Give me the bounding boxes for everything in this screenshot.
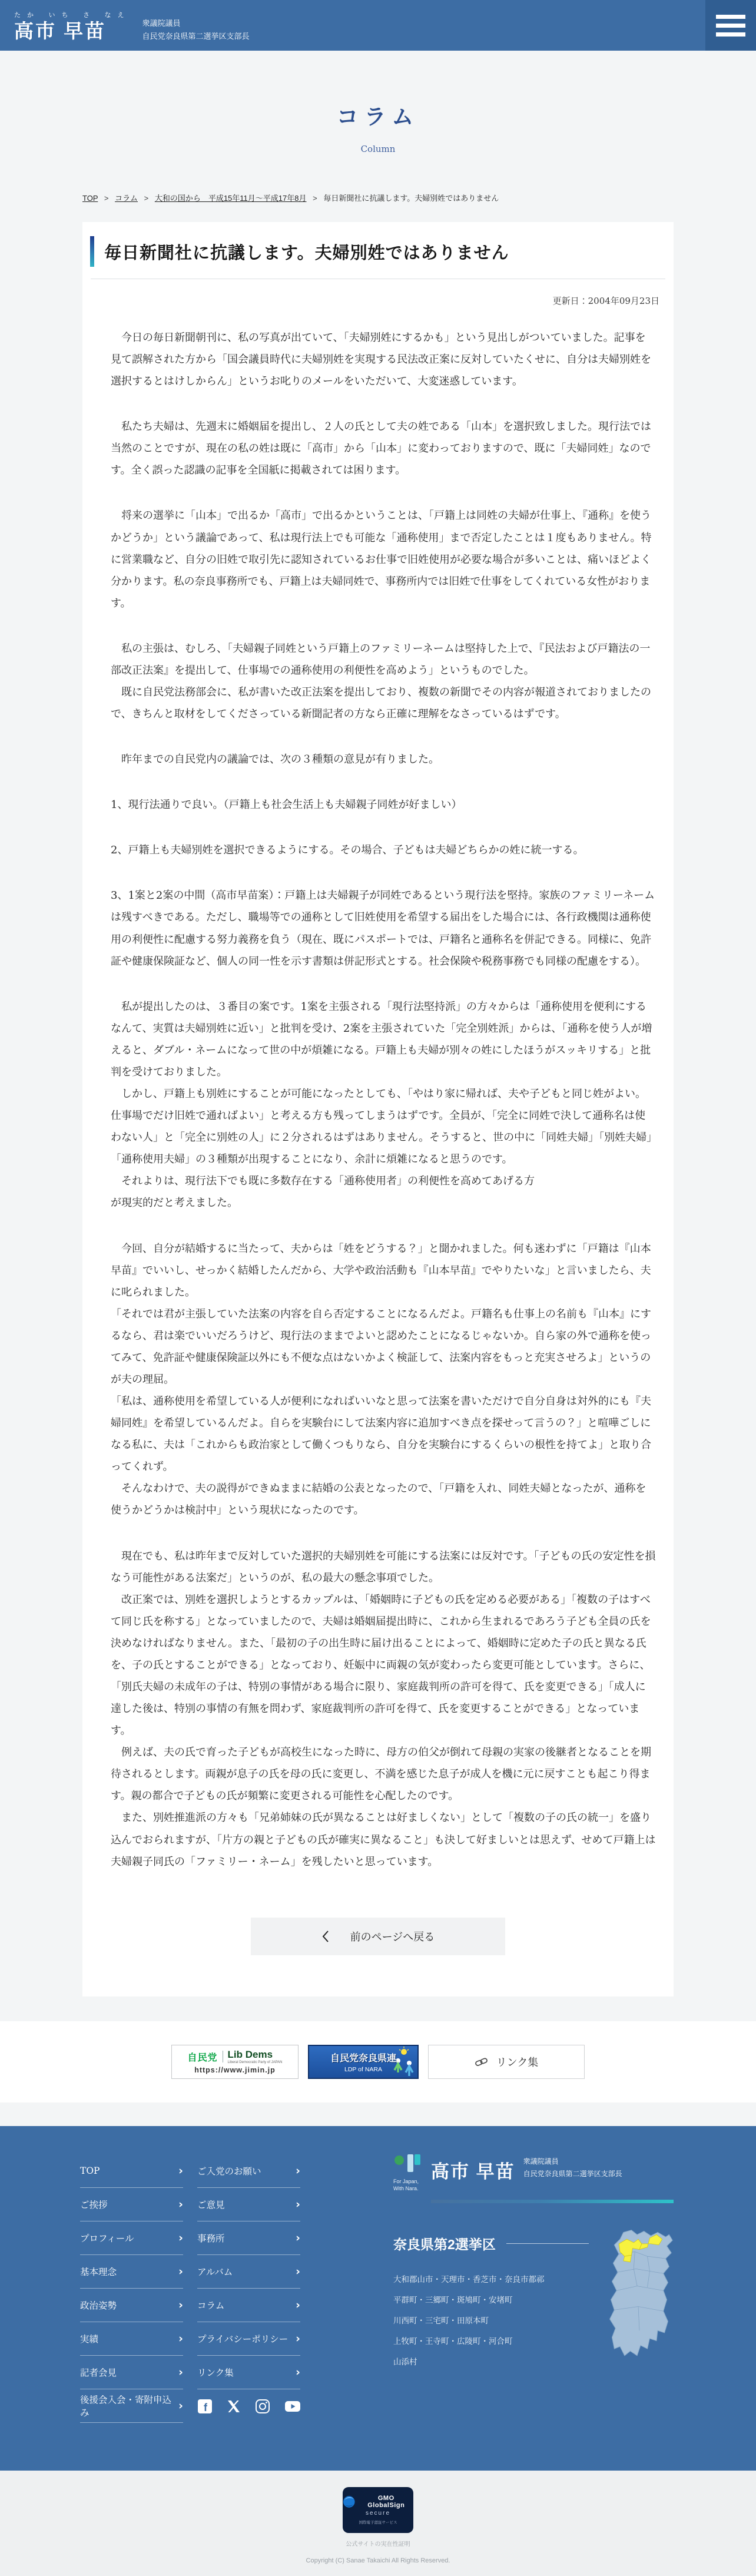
libdems-caption: Liberal Democratic Party of JAPAN bbox=[228, 2061, 283, 2064]
globalsign-sphere-icon bbox=[343, 2495, 356, 2508]
footer-nav-column-1: TOP › ご挨拶 › プロフィール › 基本理念 bbox=[80, 2154, 183, 2423]
brand-logo-icon bbox=[393, 2154, 424, 2176]
footer-brand-role-1: 衆議院議員 bbox=[523, 2156, 622, 2168]
svg-text:f: f bbox=[204, 2402, 208, 2413]
footer-nav-label: リンク集 bbox=[197, 2366, 234, 2379]
back-to-previous-page-button[interactable]: 前のページへ戻る bbox=[251, 1918, 505, 1955]
footer-nav-label: アルバム bbox=[197, 2265, 233, 2278]
globalsign-name: GMO GlobalSign bbox=[359, 2495, 413, 2509]
chevron-right-icon: › bbox=[178, 2164, 183, 2177]
district-line: 川西町・三宅町・田原本町 bbox=[393, 2311, 598, 2332]
chevron-left-icon bbox=[321, 1930, 329, 1943]
article-paragraph: また、別姓推進派の方々も「兄弟姉妹の氏が異なることは好ましくない」として「複数の… bbox=[111, 1807, 656, 1872]
nara-banner-subtitle: LDP of NARA bbox=[344, 2066, 382, 2073]
article-paragraph: 「私は、通称使用を希望している人が便利になればいいなと思って法案を書いただけで自… bbox=[111, 1390, 656, 1478]
footer-nav-item[interactable]: プライバシーポリシー › bbox=[197, 2322, 300, 2356]
breadcrumb: TOP > コラム > 大和の国から 平成15年11月～平成17年8月 > 毎日… bbox=[82, 192, 674, 203]
chevron-right-icon: › bbox=[178, 2399, 183, 2412]
footer-nav-label: ご挨拶 bbox=[80, 2198, 108, 2211]
district-line: 上牧町・王寺町・広陵町・河合町 bbox=[393, 2332, 598, 2352]
globalsign-caption: 国際電子認証サービス bbox=[359, 2519, 397, 2525]
brand-tagline-2: With Nara. bbox=[393, 2185, 419, 2193]
article-updated-date: 更新日：2004年09月23日 bbox=[82, 279, 674, 307]
libdems-label: Lib Dems bbox=[228, 2049, 283, 2060]
footer-nav-label: ご入党のお願い bbox=[197, 2164, 261, 2177]
article-paragraph: 2、戸籍上も夫婦別姓を選択できるようにする。その場合、子どもは夫婦どちらかの姓に… bbox=[111, 839, 656, 861]
district-line: 山添村 bbox=[393, 2352, 598, 2373]
youtube-icon[interactable] bbox=[284, 2400, 301, 2413]
x-twitter-icon[interactable] bbox=[227, 2399, 241, 2413]
page-head: コラム Column bbox=[0, 51, 756, 154]
article-paragraph: 私が提出したのは、３番目の案です。1案を主張される「現行法堅持派」の方々からは「… bbox=[111, 996, 656, 1083]
legal-section: GMO GlobalSign secure 国際電子認証サービス 公式サイトの実… bbox=[0, 2471, 756, 2576]
footer-nav-item[interactable]: 基本理念 › bbox=[80, 2255, 183, 2289]
district-title-line bbox=[506, 2243, 589, 2244]
article-paragraph: 今日の毎日新聞朝刊に、私の写真が出ていて、「夫婦別姓にするかも」という見出しがつ… bbox=[111, 327, 656, 392]
back-button-label: 前のページへ戻る bbox=[350, 1929, 435, 1944]
link-chain-icon bbox=[475, 2057, 489, 2067]
article-paragraph: 既に自民党法務部会に、私が書いた改正法案を提出しており、複数の新聞でその内容が報… bbox=[111, 681, 656, 725]
chevron-right-icon: › bbox=[178, 2299, 183, 2312]
ldp-jimin-banner[interactable]: 自民党 Lib Dems Liberal Democratic Party of… bbox=[171, 2045, 299, 2079]
links-banner[interactable]: リンク集 bbox=[428, 2045, 585, 2079]
breadcrumb-separator: > bbox=[313, 194, 317, 203]
instagram-icon[interactable] bbox=[255, 2399, 270, 2414]
footer-nav-label: プロフィール bbox=[80, 2231, 134, 2244]
article-paragraph: 今回、自分が結婚するに当たって、夫からは「姓をどうする？」と聞かれました。何も迷… bbox=[111, 1238, 656, 1303]
article-paragraph: 例えば、夫の氏で育った子どもが高校生になった時に、母方の伯父が倒れて母親の実家の… bbox=[111, 1741, 656, 1807]
footer-brand-role-2: 自民党奈良県第二選挙区支部長 bbox=[523, 2168, 622, 2181]
district-title: 奈良県第2選挙区 bbox=[393, 2234, 598, 2253]
footer-brand-name: 高市 早苗 bbox=[431, 2157, 515, 2183]
footer-nav-label: 記者会見 bbox=[80, 2366, 117, 2379]
hamburger-menu-button[interactable] bbox=[705, 0, 756, 51]
footer-nav-label: 事務所 bbox=[197, 2231, 225, 2244]
globalsign-seal[interactable]: GMO GlobalSign secure 国際電子認証サービス bbox=[343, 2487, 413, 2533]
district-line: 平群町・三郷町・斑鳩町・安堵町 bbox=[393, 2290, 598, 2311]
brand-mark: For Japan, With Nara. bbox=[393, 2154, 424, 2193]
footer-brand-block: For Japan, With Nara. 高市 早苗 衆議院議員 自民党奈良県… bbox=[393, 2154, 676, 2423]
article-paragraph: 将来の選挙に「山本」で出るか「高市」で出るかということは、「戸籍上は同姓の夫婦が… bbox=[111, 505, 656, 614]
title-accent-bar bbox=[90, 236, 94, 267]
nara-district-map bbox=[602, 2226, 676, 2373]
brand-tagline-1: For Japan, bbox=[393, 2178, 419, 2186]
footer-nav-label: 実績 bbox=[80, 2332, 98, 2345]
chevron-right-icon: › bbox=[296, 2198, 300, 2211]
breadcrumb-item: 大和の国から 平成15年11月～平成17年8月 > bbox=[155, 194, 324, 203]
chevron-right-icon: › bbox=[296, 2265, 300, 2278]
banner-strip: 自民党 Lib Dems Liberal Democratic Party of… bbox=[0, 2021, 756, 2102]
chevron-right-icon: › bbox=[178, 2198, 183, 2211]
chevron-right-icon: › bbox=[296, 2299, 300, 2312]
jimin-divider bbox=[223, 2051, 223, 2062]
article-paragraph: そんなわけで、夫の説得ができぬままに結婚の公表となったので、「戸籍を入れ、同姓夫… bbox=[111, 1478, 656, 1521]
jimin-url: https://www.jimin.jp bbox=[194, 2066, 276, 2074]
breadcrumb-link[interactable]: TOP bbox=[82, 194, 98, 203]
chevron-right-icon: › bbox=[178, 2265, 183, 2278]
nara-banner-title: 自民党奈良県連 bbox=[330, 2051, 396, 2064]
article-title: 毎日新聞社に抗議します。夫婦別姓ではありません bbox=[104, 240, 509, 264]
brand-gradient-underline bbox=[431, 2200, 674, 2203]
chevron-right-icon: › bbox=[178, 2332, 183, 2345]
article-paragraph: 3、1案と2案の中間（高市早苗案）：戸籍上は夫婦親子が同姓であるという現行法を堅… bbox=[111, 885, 656, 972]
footer-nav-label: ご意見 bbox=[197, 2198, 225, 2211]
footer-nav-item[interactable]: 後援会入会・寄附申込み › bbox=[80, 2389, 183, 2423]
article-body: 今日の毎日新聞朝刊に、私の写真が出ていて、「夫婦別姓にするかも」という見出しがつ… bbox=[82, 307, 674, 1873]
copyright: Copyright (C) Sanae Takaichi All Rights … bbox=[0, 2557, 756, 2564]
footer-nav-item[interactable]: ご入党のお願い › bbox=[197, 2154, 300, 2188]
breadcrumb-link[interactable]: コラム bbox=[115, 194, 138, 203]
breadcrumb-item: コラム > bbox=[115, 194, 155, 203]
breadcrumb-link[interactable]: 毎日新聞社に抗議します。夫婦別姓ではありません bbox=[323, 194, 499, 203]
hamburger-icon bbox=[716, 15, 745, 19]
page-title: コラム bbox=[0, 99, 756, 131]
footer-nav-item[interactable]: 政治姿勢 › bbox=[80, 2289, 183, 2322]
article-paragraph: 私の主張は、むしろ、「夫婦親子同姓という戸籍上のファミリーネームは堅持した上で、… bbox=[111, 638, 656, 681]
header-roles: 衆議院議員 自民党奈良県第二選挙区支部長 bbox=[142, 8, 250, 43]
chevron-right-icon: › bbox=[178, 2366, 183, 2379]
footer-nav-label: プライバシーポリシー bbox=[197, 2332, 288, 2345]
page-subtitle: Column bbox=[0, 144, 756, 154]
links-banner-label: リンク集 bbox=[496, 2054, 539, 2070]
footer-nav-item[interactable]: アルバム › bbox=[197, 2255, 300, 2289]
footer-nav-label: 後援会入会・寄附申込み bbox=[80, 2393, 178, 2419]
chevron-right-icon: › bbox=[296, 2231, 300, 2244]
article-card: 毎日新聞社に抗議します。夫婦別姓ではありません 更新日：2004年09月23日 … bbox=[82, 222, 674, 1996]
footer-nav-item[interactable]: リンク集 › bbox=[197, 2356, 300, 2389]
seal-note: 公式サイトの実在性証明 bbox=[0, 2539, 756, 2548]
header-role-2: 自民党奈良県第二選挙区支部長 bbox=[142, 30, 250, 43]
footer-nav-label: 政治姿勢 bbox=[80, 2299, 117, 2312]
footer-nav-item[interactable]: ご挨拶 › bbox=[80, 2188, 183, 2221]
district-municipality-list: 大和郡山市・天理市・香芝市・奈良市都祁 平群町・三郷町・斑鳩町・安堵町 川西町・… bbox=[393, 2270, 598, 2373]
breadcrumb-link[interactable]: 大和の国から 平成15年11月～平成17年8月 bbox=[155, 194, 307, 203]
chevron-right-icon: › bbox=[296, 2332, 300, 2345]
article-paragraph: 昨年までの自民党内の議論では、次の３種類の意見が有りました。 bbox=[111, 749, 656, 770]
jimin-party-label: 自民党 bbox=[188, 2050, 218, 2064]
article-paragraph: 改正案では、別姓を選択しようとするカップルは、「婚姻時に子どもの氏を定める必要が… bbox=[111, 1589, 656, 1742]
article-paragraph: 私たち夫婦は、先週末に婚姻届を提出し、２人の氏として夫の姓である「山本」を選択致… bbox=[111, 416, 656, 481]
article-paragraph: 1、現行法通りで良い。（戸籍上も社会生活上も夫婦親子同姓が好ましい） bbox=[111, 794, 656, 816]
footer-nav-item[interactable]: 事務所 › bbox=[197, 2221, 300, 2255]
breadcrumb-item: TOP > bbox=[82, 194, 115, 203]
footer-nav-column-2: ご入党のお願い › ご意見 › 事務所 › bbox=[197, 2154, 300, 2423]
footer-nav-label: TOP bbox=[80, 2166, 100, 2176]
chevron-right-icon: › bbox=[178, 2231, 183, 2244]
facebook-icon[interactable]: f bbox=[197, 2399, 213, 2414]
header-role-1: 衆議院議員 bbox=[142, 17, 250, 30]
district-line: 大和郡山市・天理市・香芝市・奈良市都祁 bbox=[393, 2270, 598, 2290]
social-icons-row: f bbox=[197, 2389, 300, 2423]
article-paragraph: それよりは、現行法下でも既に多数存在する「通称使用者」の利便性を高めてあげる方 … bbox=[111, 1170, 656, 1214]
footer-nav-label: コラム bbox=[197, 2299, 224, 2312]
breadcrumb-separator: > bbox=[104, 194, 109, 203]
footer-nav-item[interactable]: 実績 › bbox=[80, 2322, 183, 2356]
chevron-right-icon: › bbox=[296, 2164, 300, 2177]
footer-nav-label: 基本理念 bbox=[80, 2265, 117, 2278]
article-paragraph: 現在でも、私は昨年まで反対していた選択的夫婦別姓を可能にする法案には反対です。「… bbox=[111, 1545, 656, 1589]
footer-nav-item[interactable]: 記者会見 › bbox=[80, 2356, 183, 2389]
article-paragraph: しかし、戸籍上も別姓にすることが可能になったとしても、「やはり家に帰れば、夫や子… bbox=[111, 1083, 656, 1170]
ldp-nara-banner[interactable]: 自民党奈良県連 LDP of NARA bbox=[308, 2045, 419, 2079]
chevron-right-icon: › bbox=[296, 2366, 300, 2379]
breadcrumb-separator: > bbox=[144, 194, 149, 203]
breadcrumb-item: 毎日新聞社に抗議します。夫婦別姓ではありません > bbox=[323, 194, 499, 203]
footer-nav-item[interactable]: TOP › bbox=[80, 2154, 183, 2188]
site-header: たか いち さ なえ 高市 早苗 衆議院議員 自民党奈良県第二選挙区支部長 bbox=[0, 0, 756, 51]
site-name: 高市 早苗 bbox=[14, 21, 131, 41]
footer-nav-item[interactable]: プロフィール › bbox=[80, 2221, 183, 2255]
site-footer: TOP › ご挨拶 › プロフィール › 基本理念 bbox=[0, 2126, 756, 2471]
site-logo[interactable]: たか いち さ なえ 高市 早苗 bbox=[14, 10, 131, 41]
globalsign-secure-label: secure bbox=[366, 2510, 390, 2517]
footer-nav-item[interactable]: コラム › bbox=[197, 2289, 300, 2322]
article-paragraph: 「それでは君が主張していた法案の内容を自ら否定することになるんだよ。戸籍名も仕事… bbox=[111, 1303, 656, 1390]
footer-nav-item[interactable]: ご意見 › bbox=[197, 2188, 300, 2221]
site-name-furigana: たか いち さ なえ bbox=[14, 10, 131, 19]
